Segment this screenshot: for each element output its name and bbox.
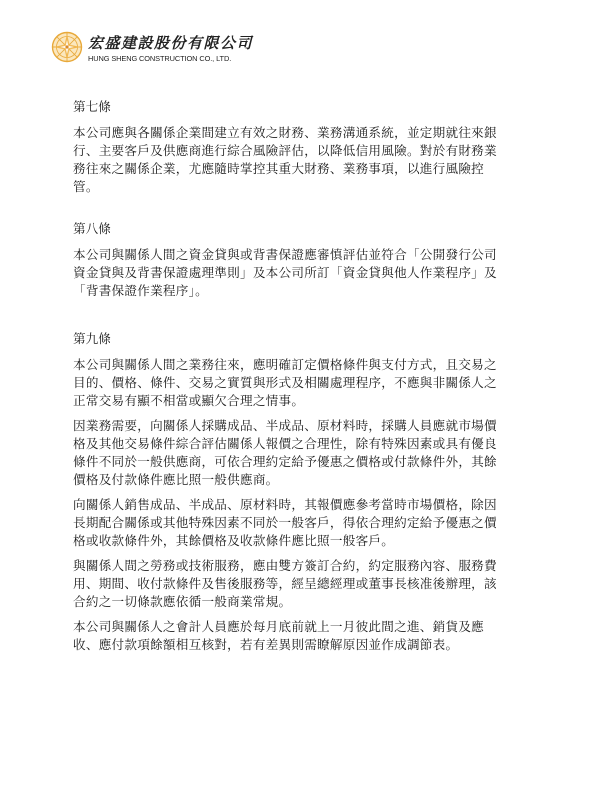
- text-line: 正常交易有顯不相當或顯欠合理之情事。: [73, 392, 497, 410]
- text-line: 本公司與關係人間之業務往來，應明確訂定價格條件與支付方式，且交易之: [73, 356, 497, 374]
- article-8: 第八條 本公司與關係人間之資金貸與或背書保證應審慎評估並符合「公開發行公司 資金…: [73, 220, 497, 307]
- article-9: 第九條 本公司與關係人間之業務往來，應明確訂定價格條件與支付方式，且交易之 目的…: [73, 330, 497, 661]
- text-line: 目的、價格、條件、交易之實質與形式及相關處理程序，不應與非關係人之: [73, 374, 497, 392]
- text-line: 務往來之關係企業，尤應隨時掌控其重大財務、業務事項，以進行風險控: [73, 160, 497, 178]
- article-paragraph: 與關係人間之勞務或技術服務，應由雙方簽訂合約，約定服務內容、服務費 用、期間、收…: [73, 557, 497, 611]
- compass-rose-logo-icon: [51, 31, 83, 63]
- text-line: 格及其他交易條件綜合評估關係人報價之合理性，除有特殊因素或具有優良: [73, 435, 497, 453]
- text-line: 價格及付款條件應比照一般供應商。: [73, 471, 497, 489]
- article-7: 第七條 本公司應與各關係企業間建立有效之財務、業務溝通系統，並定期就往來銀 行、…: [73, 98, 497, 203]
- text-line: 因業務需要，向關係人採購成品、半成品、原材料時，採購人員應就市場價: [73, 417, 497, 435]
- text-line: 「背書保證作業程序」。: [73, 282, 497, 300]
- text-line: 收、應付款項餘額相互核對，若有差異則需瞭解原因並作成調節表。: [73, 636, 497, 654]
- text-line: 用、期間、收付款條件及售後服務等，經呈總經理或董事長核准後辦理，該: [73, 575, 497, 593]
- article-paragraph: 因業務需要，向關係人採購成品、半成品、原材料時，採購人員應就市場價 格及其他交易…: [73, 417, 497, 489]
- text-line: 行、主要客戶及供應商進行綜合風險評估，以降低信用風險。對於有財務業: [73, 142, 497, 160]
- text-line: 本公司與關係人間之資金貸與或背書保證應審慎評估並符合「公開發行公司: [73, 246, 497, 264]
- article-paragraph: 本公司應與各關係企業間建立有效之財務、業務溝通系統，並定期就往來銀 行、主要客戶…: [73, 124, 497, 196]
- text-line: 本公司與關係人之會計人員應於每月底前就上一月彼此間之進、銷貨及應: [73, 618, 497, 636]
- article-title: 第八條: [73, 220, 497, 238]
- article-paragraph: 本公司與關係人之會計人員應於每月底前就上一月彼此間之進、銷貨及應 收、應付款項餘…: [73, 618, 497, 654]
- text-line: 格或收款條件外，其餘價格及收款條件應比照一般客戶。: [73, 532, 497, 550]
- company-name-chinese: 宏盛建設股份有限公司: [88, 32, 253, 53]
- text-line: 條件不同於一般供應商，可依合理約定給予優惠之價格或付款條件外，其餘: [73, 453, 497, 471]
- company-header: 宏盛建設股份有限公司 HUNG SHENG CONSTRUCTION CO., …: [51, 31, 271, 71]
- text-line: 資金貸與及背書保證處理準則」及本公司所訂「資金貸與他人作業程序」及: [73, 264, 497, 282]
- text-line: 與關係人間之勞務或技術服務，應由雙方簽訂合約，約定服務內容、服務費: [73, 557, 497, 575]
- article-paragraph: 本公司與關係人間之業務往來，應明確訂定價格條件與支付方式，且交易之 目的、價格、…: [73, 356, 497, 410]
- article-paragraph: 向關係人銷售成品、半成品、原材料時，其報價應參考當時市場價格，除因 長期配合關係…: [73, 496, 497, 550]
- article-paragraph: 本公司與關係人間之資金貸與或背書保證應審慎評估並符合「公開發行公司 資金貸與及背…: [73, 246, 497, 300]
- company-name-english: HUNG SHENG CONSTRUCTION CO., LTD.: [88, 54, 231, 63]
- text-line: 管。: [73, 178, 497, 196]
- article-title: 第七條: [73, 98, 497, 116]
- text-line: 長期配合關係或其他特殊因素不同於一般客戶，得依合理約定給予優惠之價: [73, 514, 497, 532]
- text-line: 合約之一切條款應依循一般商業常規。: [73, 593, 497, 611]
- article-title: 第九條: [73, 330, 497, 348]
- text-line: 向關係人銷售成品、半成品、原材料時，其報價應參考當時市場價格，除因: [73, 496, 497, 514]
- text-line: 本公司應與各關係企業間建立有效之財務、業務溝通系統，並定期就往來銀: [73, 124, 497, 142]
